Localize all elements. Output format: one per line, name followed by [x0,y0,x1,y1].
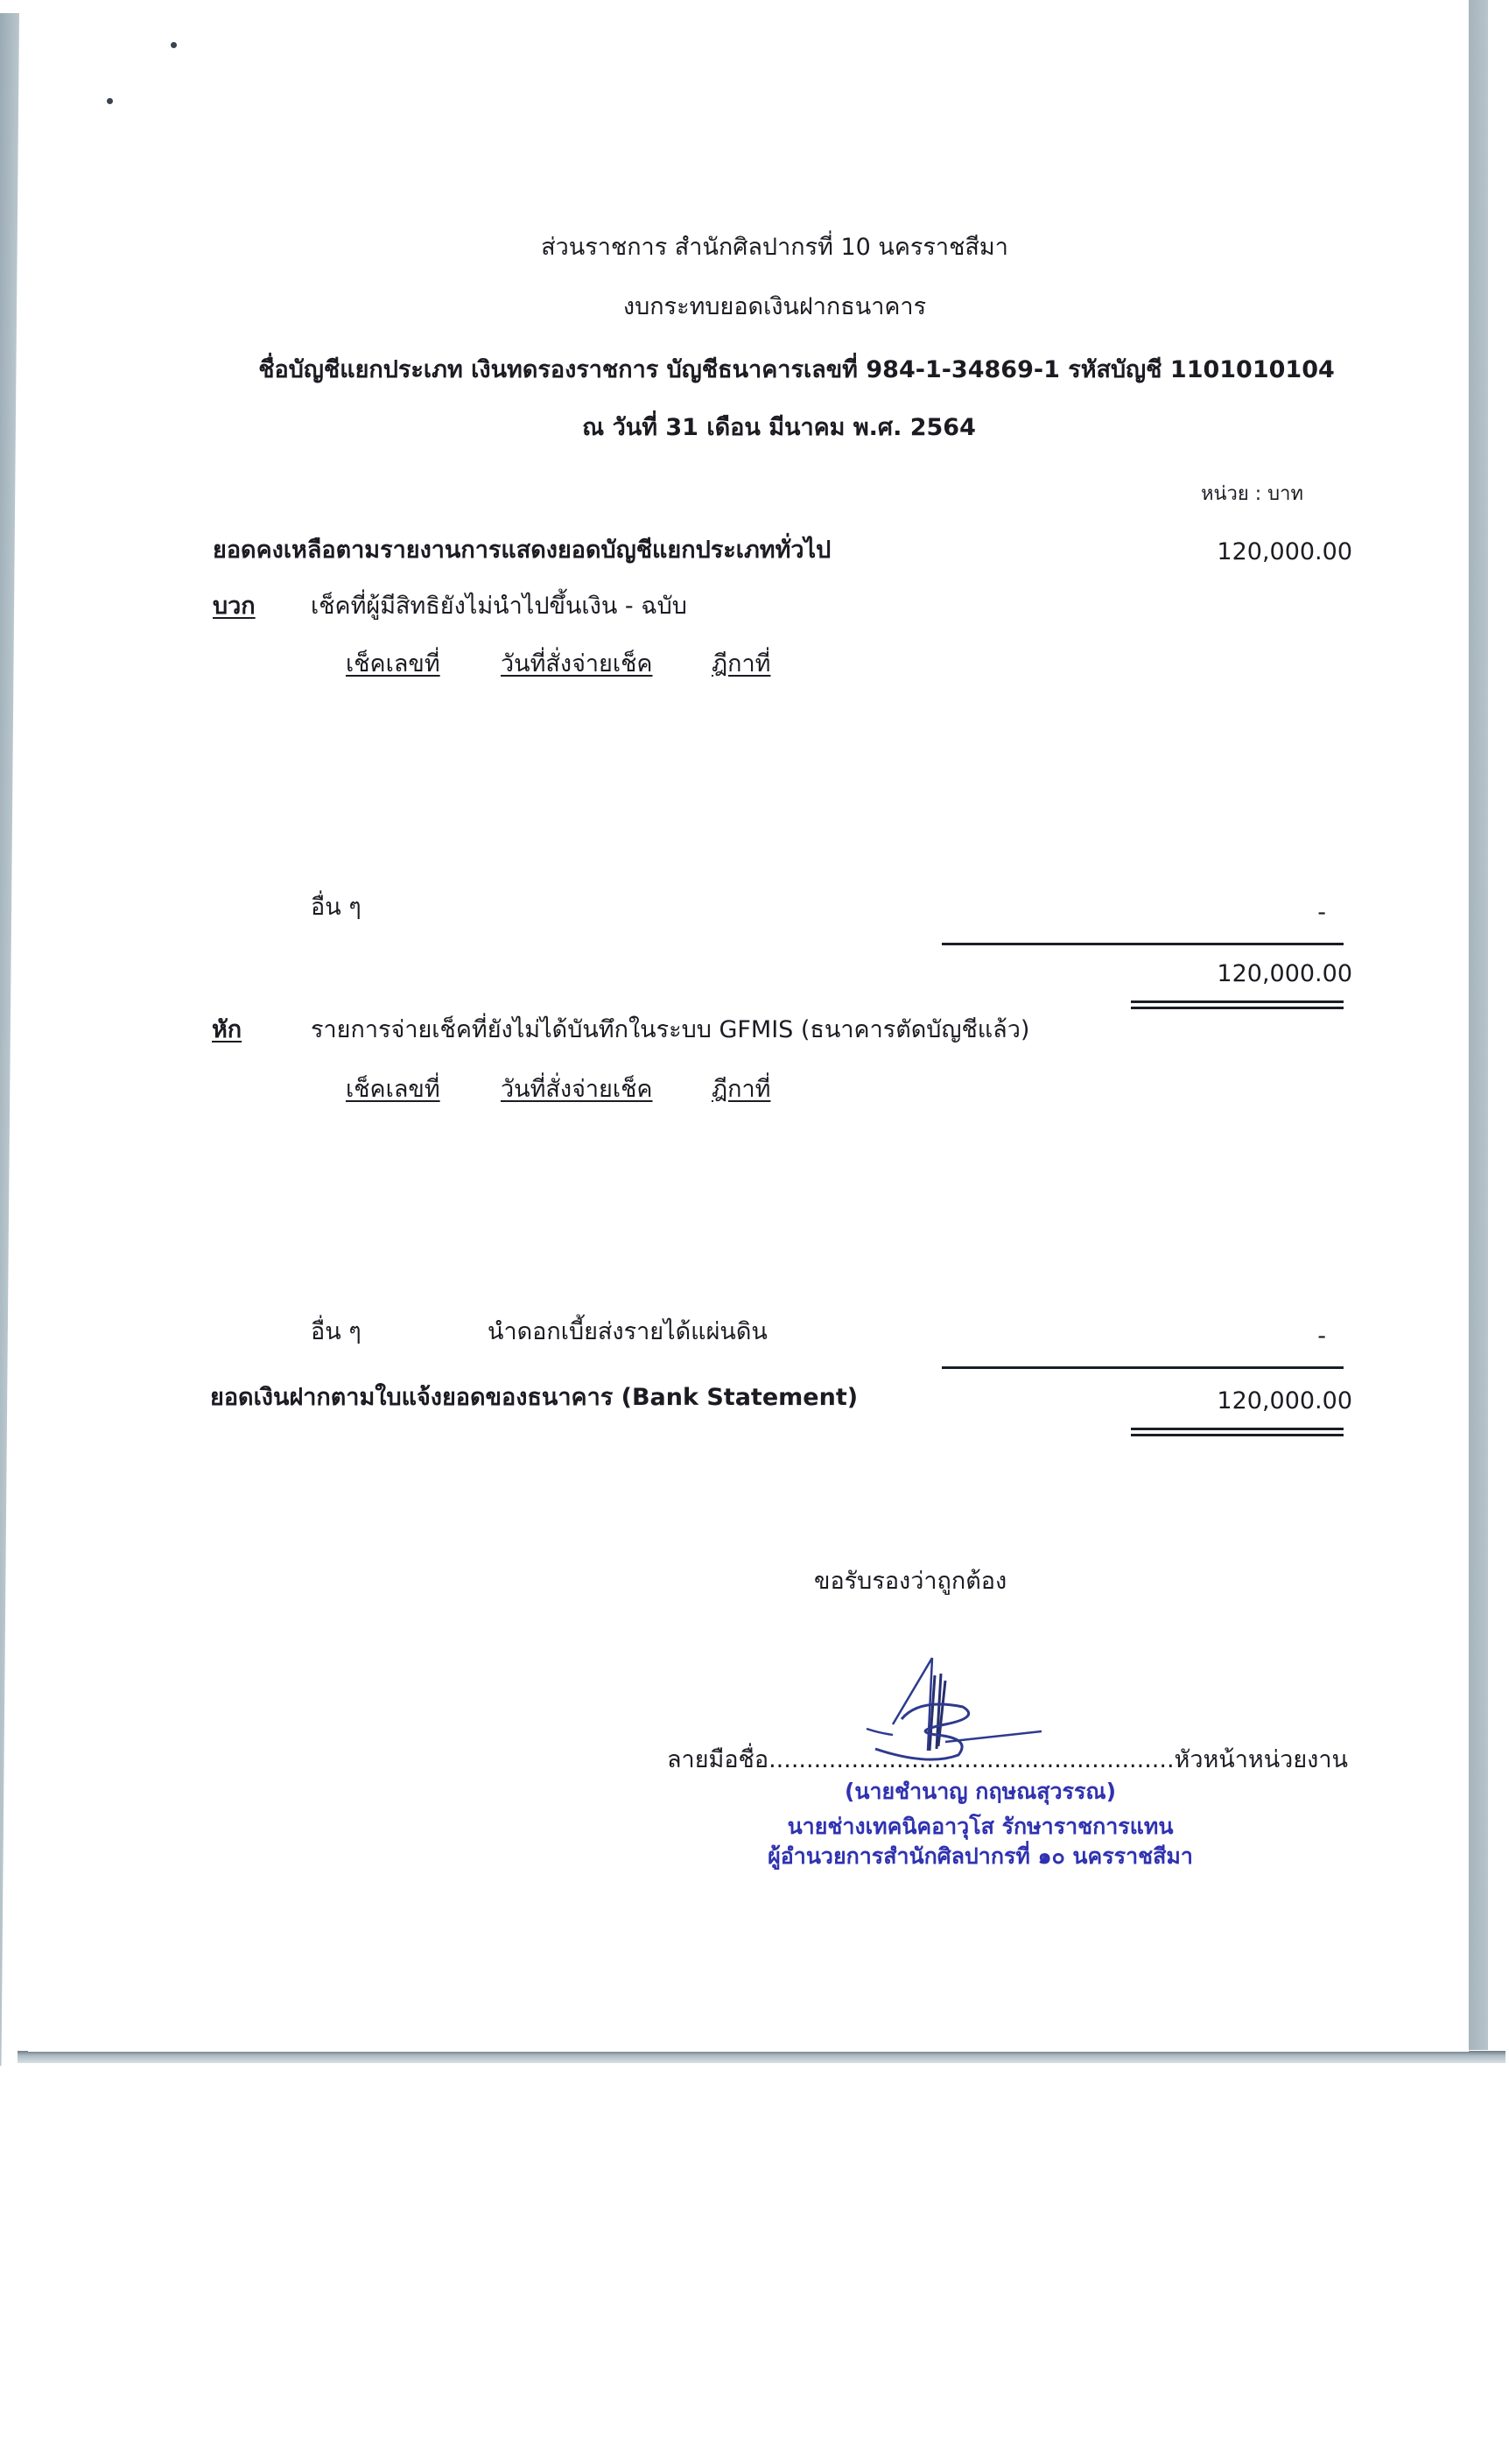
stamp-name: (นายชำนาญ กฤษณสุวรรณ) [718,1777,1243,1807]
scan-speck [171,42,177,48]
add-col-cheque-no: เช็คเลขที่ [346,649,440,679]
as-of-date: ณ วันที่ 31 เดือน มีนาคม พ.ศ. 2564 [0,413,1509,443]
bank-balance-amount: 120,000.00 [1138,1386,1352,1416]
bank-balance-double-rule [1131,1428,1344,1436]
scan-shadow-bottom [18,2051,1505,2063]
ledger-balance-label: ยอดคงเหลือตามรายงานการแสดงยอดบัญชีแยกประ… [213,536,831,565]
deduct-label: หัก [212,1015,242,1045]
deduct-other-amount: - [1138,1322,1326,1351]
add-description: เช็คที่ผู้มีสิทธิยังไม่นำไปขึ้นเงิน - ฉบ… [311,592,687,621]
subtotal-rule [942,943,1344,945]
stamp-position: นายช่างเทคนิคอาวุโส รักษาราชการแทน [718,1812,1243,1842]
subtotal-double-rule [1131,1000,1344,1009]
scan-speck [107,98,113,104]
signature-prefix: ลายมือชื่อ..............................… [667,1746,1175,1773]
stamp-office: ผู้อำนวยการสำนักศิลปากรที่ ๑๐ นครราชสีมา [718,1842,1243,1871]
account-info: ชื่อบัญชีแยกประเภท เงินทดรองราชการ บัญชี… [0,355,1509,385]
agency-heading: ส่วนราชการ สำนักศิลปากรที่ 10 นครราชสีมา [0,233,1509,263]
certification-statement: ขอรับรองว่าถูกต้อง [814,1567,1007,1597]
deduct-col-cheque-date: วันที่สั่งจ่ายเช็ค [501,1075,653,1105]
deduct-col-cheque-no: เช็คเลขที่ [346,1075,440,1105]
ledger-balance-amount: 120,000.00 [1138,537,1352,567]
unit-label: หน่วย : บาท [1201,480,1303,509]
add-other-label: อื่น ๆ [311,893,361,923]
deduct-description: รายการจ่ายเช็คที่ยังไม่ได้บันทึกในระบบ G… [311,1015,1029,1045]
bank-balance-rule [942,1366,1344,1369]
add-label: บวก [213,592,256,621]
signature-role: หัวหน้าหน่วยงาน [1175,1746,1348,1773]
add-subtotal-amount: 120,000.00 [1138,959,1352,989]
deduct-col-voucher-no: ฎีกาที่ [712,1075,770,1105]
signature-line-label: ลายมือชื่อ..............................… [667,1745,1348,1775]
deduct-other-detail: นำดอกเบี้ยส่งรายได้แผ่นดิน [488,1317,768,1347]
add-other-amount: - [1138,898,1326,928]
deduct-other-label: อื่น ๆ [311,1317,361,1347]
document-title: งบกระทบยอดเงินฝากธนาคาร [0,292,1509,322]
add-col-voucher-no: ฎีกาที่ [712,649,770,679]
bank-balance-label: ยอดเงินฝากตามใบแจ้งยอดของธนาคาร (Bank St… [210,1383,858,1413]
add-col-cheque-date: วันที่สั่งจ่ายเช็ค [501,649,653,679]
